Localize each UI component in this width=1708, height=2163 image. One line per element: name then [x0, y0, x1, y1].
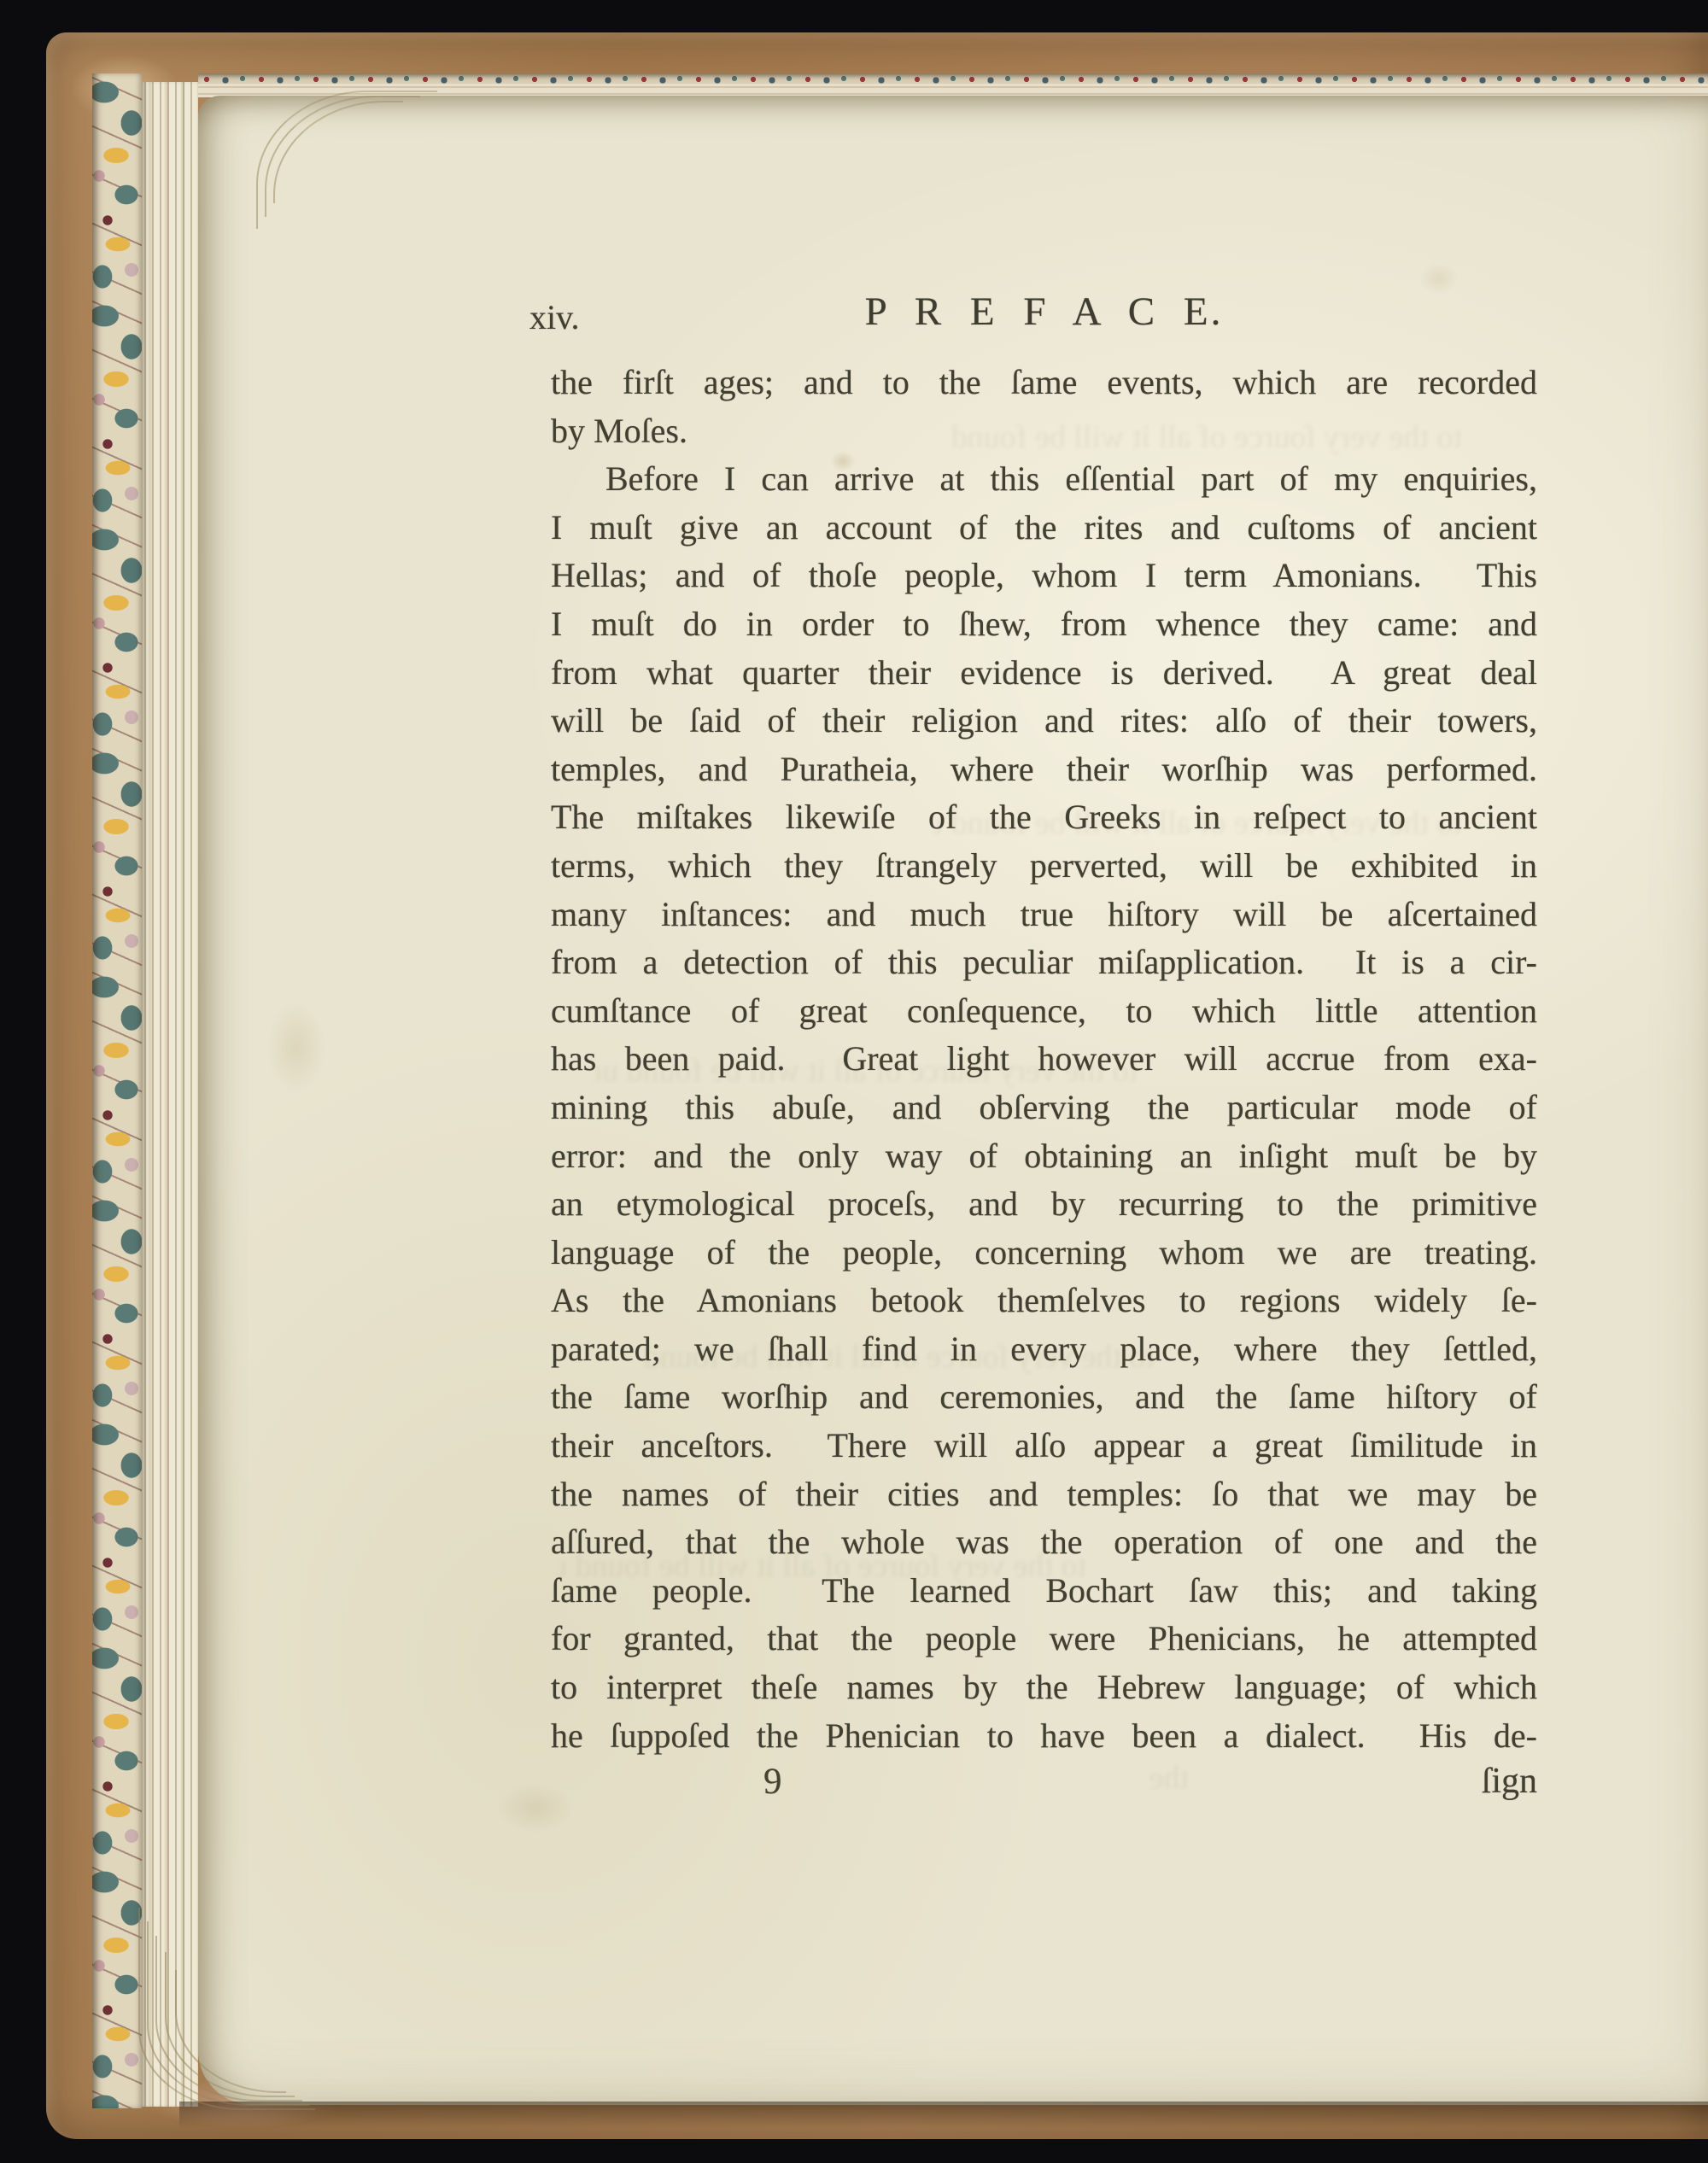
binding-shadow	[179, 2102, 1708, 2139]
text-line: Hellas; and of thoſe people, whom I term…	[551, 552, 1537, 600]
foxing-stain	[266, 1001, 326, 1095]
running-title: P R E F A C E.	[551, 289, 1537, 335]
text-line: language of the people, concerning whom …	[551, 1229, 1537, 1277]
book-page: to the very ſource of all it will be fou…	[198, 96, 1708, 2105]
text-line: their anceſtors. There will alſo appear …	[551, 1422, 1537, 1470]
text-line: by Moſes.	[551, 407, 1537, 456]
text-line: I muſt give an account of the rites and …	[551, 504, 1537, 552]
text-line: to interpret theſe names by the Hebrew l…	[551, 1663, 1537, 1712]
text-line: the firſt ages; and to the ſame events, …	[551, 359, 1537, 407]
text-line: he ſuppoſed the Phenician to have been a…	[551, 1712, 1537, 1761]
text-line: the names of their cities and temples: ſ…	[551, 1470, 1537, 1519]
text-line: many inſtances: and much true hiſtory wi…	[551, 891, 1537, 939]
text-line: error: and the only way of obtaining an …	[551, 1132, 1537, 1181]
text-line: terms, which they ſtrangely perverted, w…	[551, 842, 1537, 891]
text-line: from a detection of this peculiar miſapp…	[551, 938, 1537, 987]
text-line: from what quarter their evidence is deri…	[551, 649, 1537, 698]
marbled-endpaper-edge	[92, 73, 142, 2108]
text-line: mining this abuſe, and obſerving the par…	[551, 1084, 1537, 1132]
text-line: cumſtance of great conſequence, to which…	[551, 987, 1537, 1036]
text-line: has been paid. Great light however will …	[551, 1035, 1537, 1084]
catchword: ſign	[551, 1761, 1537, 1802]
text-line: temples, and Puratheia, where their worſ…	[551, 745, 1537, 794]
text-line: aſſured, that the whole was the operatio…	[551, 1518, 1537, 1567]
body-text: the firſt ages; and to the ſame events, …	[551, 359, 1537, 1760]
text-line: will be ſaid of their religion and rites…	[551, 697, 1537, 745]
text-line: the ſame worſhip and ceremonies, and the…	[551, 1373, 1537, 1422]
text-line: parated; we ſhall find in every place, w…	[551, 1325, 1537, 1374]
text-line: I muſt do in order to ſhew, from whence …	[551, 600, 1537, 649]
text-line: Before I can arrive at this eſſential pa…	[551, 455, 1537, 504]
page-fore-edges	[142, 82, 198, 2107]
scan-background: to the very ſource of all it will be fou…	[0, 0, 1708, 2163]
text-line: an etymological proceſs, and by recurrin…	[551, 1180, 1537, 1229]
text-line: ſame people. The learned Bochart ſaw thi…	[551, 1567, 1537, 1616]
text-line: for granted, that the people were Phenic…	[551, 1615, 1537, 1663]
text-line: The miſtakes likewiſe of the Greeks in r…	[551, 793, 1537, 842]
text-line: As the Amonians betook themſelves to reg…	[551, 1277, 1537, 1325]
